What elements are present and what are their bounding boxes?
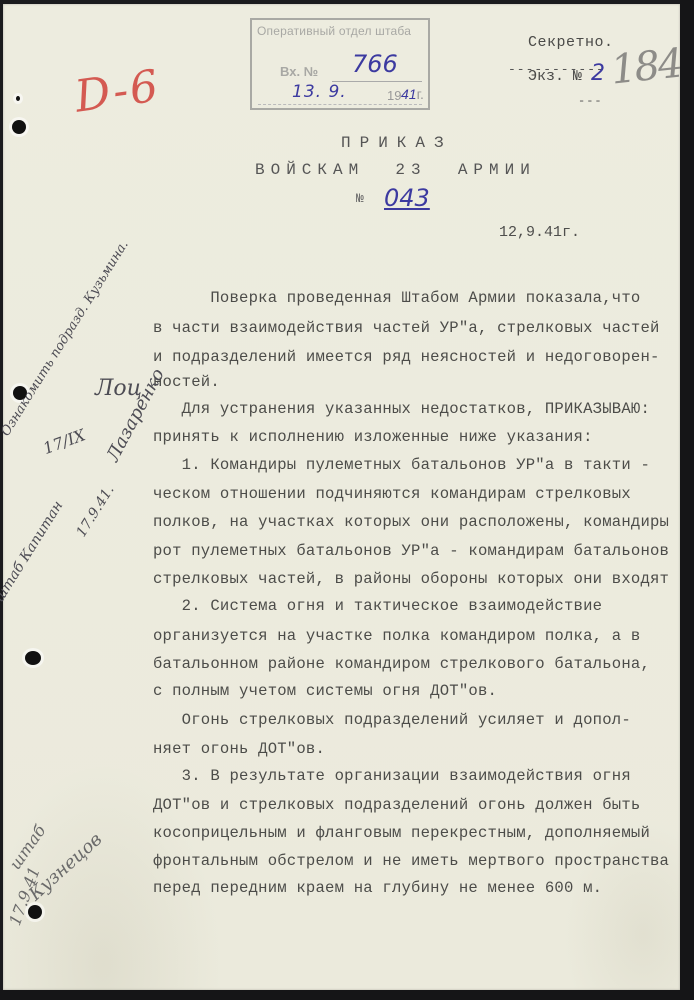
body-line: ческом отношении подчиняются командирам …	[153, 485, 631, 503]
punch-hole	[12, 120, 26, 134]
body-line: организуется на участке полка командиром…	[153, 627, 640, 645]
stamp-year-handwritten: 41г.	[401, 86, 424, 102]
punch-hole	[16, 96, 20, 101]
margin-date-2: 17.9.41.	[73, 482, 117, 540]
margin-note-captain: штаб Капитан	[0, 498, 66, 605]
document-title: ПРИКАЗ	[341, 134, 453, 152]
document-page: Оперативный отдел штаба 766 Вх. № 13. 9.…	[3, 4, 680, 990]
red-pencil-annotation: D-6	[72, 60, 163, 122]
stamp-incoming-label: Вх. №	[280, 64, 318, 79]
body-line: с полным учетом системы огня ДОТ"ов.	[153, 682, 497, 700]
margin-note-acquaint: Ознакомить подразд. Кузьмина.	[0, 238, 132, 439]
body-line: 1. Командиры пулеметных батальонов УР"а …	[153, 456, 650, 474]
margin-date-1: 17/IX	[41, 425, 88, 458]
body-line: рот пулеметных батальонов УР"а - команди…	[153, 542, 669, 560]
body-line: 2. Система огня и тактическое взаимодейс…	[153, 597, 602, 615]
body-line: няет огонь ДОТ"ов.	[153, 740, 325, 758]
body-line: Для устранения указанных недостатков, ПР…	[153, 400, 650, 418]
order-number: 043	[384, 184, 430, 212]
body-line: в части взаимодействия частей УР"а, стре…	[153, 319, 660, 337]
body-line: ДОТ"ов и стрелковых подразделений огонь …	[153, 796, 640, 814]
body-line: и подразделений имеется ряд неясностей и…	[153, 348, 660, 366]
order-date: 12,9.41г.	[499, 224, 580, 241]
scan-border-right	[680, 0, 694, 1000]
body-line: стрелковых частей, в районы обороны кото…	[153, 570, 669, 588]
body-line: Огонь стрелковых подразделений усиляет и…	[153, 711, 631, 729]
body-line: 3. В результате организации взаимодейств…	[153, 767, 631, 785]
body-line: полков, на участках которых они располож…	[153, 513, 669, 531]
scan-border-bottom	[0, 990, 694, 1000]
pencil-note-184: 184	[609, 40, 684, 93]
stamp-date: 13. 9.	[292, 82, 347, 102]
stamp-year-printed: 19	[387, 88, 401, 103]
body-line: косоприцельным и фланговым перекрестным,…	[153, 824, 650, 842]
stamp-department: Оперативный отдел штаба	[257, 24, 411, 38]
body-line: Поверка проведенная Штабом Армии показал…	[153, 289, 640, 307]
copy-number: 2	[591, 61, 605, 86]
incoming-stamp: Оперативный отдел штаба 766 Вх. № 13. 9.…	[250, 18, 430, 110]
document-subtitle: ВОЙСКАМ 23 АРМИИ	[255, 161, 536, 179]
classification-label: Секретно.	[528, 34, 614, 51]
body-line: фронтальным обстрелом и не иметь мертвог…	[153, 852, 669, 870]
body-line: перед передним краем на глубину не менее…	[153, 879, 602, 897]
punch-hole	[25, 651, 41, 665]
copy-label: Экз. №	[528, 68, 582, 85]
order-number-label: №	[356, 191, 364, 206]
body-line: батальонном районе командиром стрелковог…	[153, 655, 650, 673]
stamp-date-line	[258, 104, 422, 105]
stamp-incoming-number: 766	[352, 50, 398, 78]
body-line: принять к исполнению изложенные ниже ука…	[153, 428, 593, 446]
copy-underline: ---	[578, 94, 603, 108]
